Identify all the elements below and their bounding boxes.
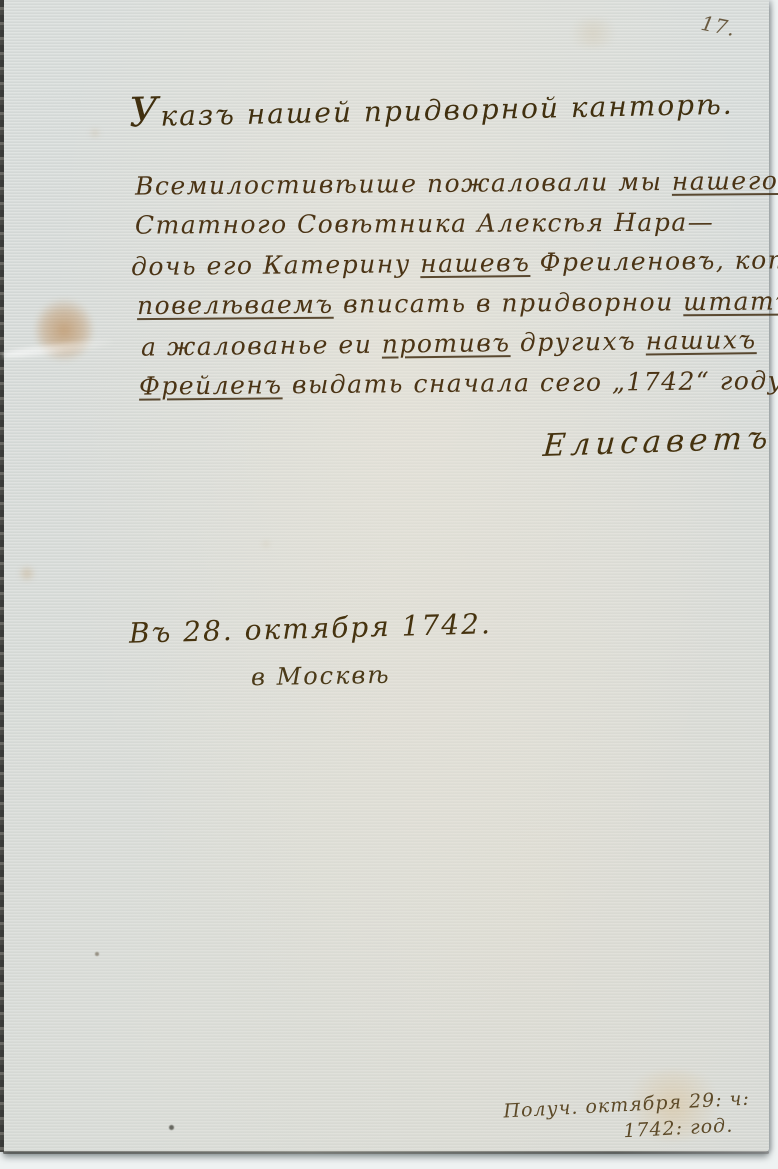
- manuscript-line: дочь его Катерину нашевъ Фреиленовъ, кот…: [131, 247, 735, 281]
- signature-elisaveta: Елисаветъ: [542, 420, 774, 464]
- foxing-stain: [563, 18, 623, 48]
- manuscript-line: повелѣваемъ вписать в придворнои штатъ: [137, 288, 735, 320]
- manuscript-line: а жалованье еи противъ другихъ нашихъ: [141, 326, 735, 361]
- paper-crease: [3, 337, 113, 359]
- manuscript-word: нашего: [672, 166, 778, 196]
- manuscript-line: Статного Совѣтника Алексѣя Нара—: [135, 208, 735, 239]
- manuscript-word: выдать сначала сего „1742“ году;: [282, 366, 778, 399]
- manuscript-word: нашихъ: [646, 325, 757, 355]
- manuscript-sheet: 17. Указъ нашей придворной канторѣ. Всем…: [3, 0, 769, 1152]
- manuscript-word: Статного Совѣтника Алексѣя Нара—: [135, 208, 714, 240]
- manuscript-word: Фрейленъ: [139, 370, 283, 400]
- document-title: Указъ нашей придворной канторѣ.: [129, 76, 734, 137]
- foxing-stain: [89, 128, 101, 138]
- manuscript-body: Всемилостивѣише пожаловали мы нашегоСтат…: [135, 170, 735, 410]
- manuscript-word: другихъ: [510, 326, 646, 357]
- foxing-stain: [261, 540, 271, 548]
- manuscript-word: а жалованье еи: [141, 330, 382, 362]
- manuscript-word: штатъ: [683, 287, 778, 317]
- page-number: 17.: [699, 11, 738, 41]
- manuscript-word: противъ: [382, 328, 511, 359]
- ink-speck: [169, 1125, 174, 1130]
- manuscript-word: нашевъ: [420, 248, 530, 278]
- manuscript-line: Всемилостивѣише пожаловали мы нашего: [135, 167, 735, 200]
- manuscript-word: Фреиленовъ, которо: [530, 245, 778, 277]
- date-line: Въ 28. октября 1742.: [129, 607, 493, 649]
- manuscript-word: вписать в придворнои: [334, 287, 684, 318]
- received-note: Получ. октября 29: ч: 1742: год.: [503, 1088, 752, 1149]
- manuscript-line: Фрейленъ выдать сначала сего „1742“ году…: [139, 367, 735, 400]
- manuscript-word: Всемилостивѣише пожаловали мы: [135, 167, 672, 201]
- manuscript-word: повелѣваемъ: [137, 290, 334, 320]
- ink-speck: [95, 952, 99, 956]
- manuscript-word: дочь его Катерину: [131, 249, 421, 281]
- foxing-stain: [17, 566, 37, 581]
- place-line: в Москвѣ: [251, 661, 391, 691]
- foxing-stain: [35, 298, 93, 362]
